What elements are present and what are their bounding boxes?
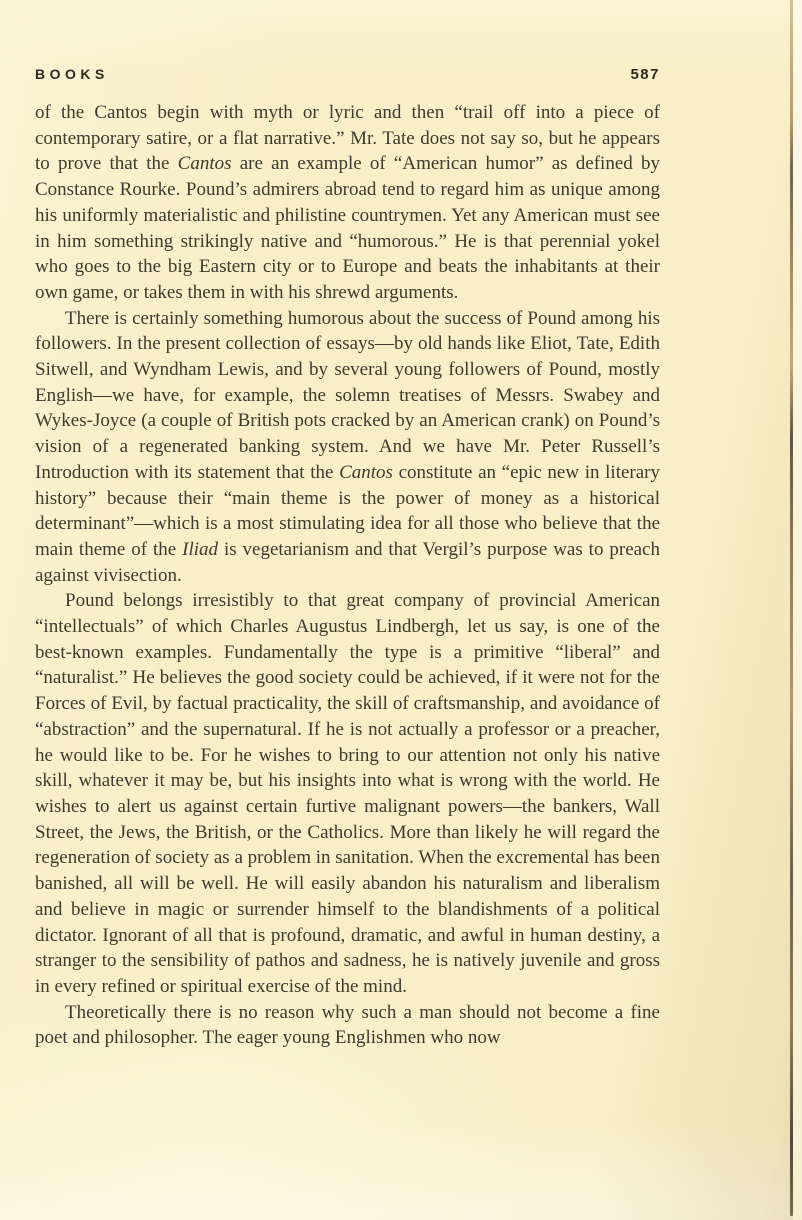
italic-text: Cantos — [178, 153, 232, 174]
text-segment: Pound belongs irresistibly to that great… — [35, 590, 660, 997]
italic-text: Cantos — [339, 462, 393, 483]
italic-text: Iliad — [182, 539, 218, 560]
paragraph: Theoretically there is no reason why suc… — [35, 1000, 660, 1051]
book-page: BOOKS 587 of the Cantos begin with myth … — [0, 0, 802, 1220]
text-segment: There is certainly something humorous ab… — [35, 308, 660, 483]
running-head: BOOKS 587 — [35, 66, 660, 83]
page-edge-line — [790, 0, 793, 1216]
page-content: BOOKS 587 of the Cantos begin with myth … — [35, 66, 660, 1051]
section-header: BOOKS — [35, 66, 109, 82]
text-segment: Theoretically there is no reason why suc… — [35, 1002, 660, 1049]
paragraph: of the Cantos begin with myth or lyric a… — [35, 100, 660, 306]
page-edge-highlight — [793, 0, 802, 1220]
page-body-text: of the Cantos begin with myth or lyric a… — [35, 100, 660, 1051]
page-number: 587 — [630, 66, 660, 83]
text-segment: are an example of “American humor” as de… — [35, 153, 660, 303]
paragraph: There is certainly something humorous ab… — [35, 306, 660, 589]
paragraph: Pound belongs irresistibly to that great… — [35, 588, 660, 999]
